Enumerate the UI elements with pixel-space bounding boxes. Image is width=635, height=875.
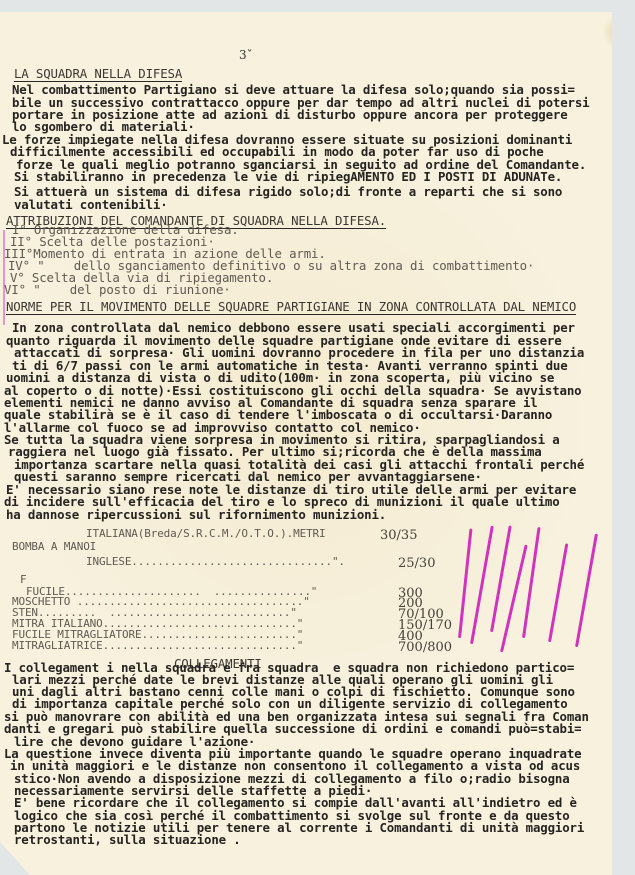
page-number: 3ˇ	[239, 48, 253, 62]
range-row-label: MITRAGLIATRICE..........................…	[12, 640, 303, 652]
movement-line: ha dannose ripercussioni sul riforniment…	[6, 509, 386, 521]
range-row-label: ITALIANA(Breda/S.R.C.M./O.T.O.).METRI	[86, 528, 326, 540]
range-value: 30/35	[380, 528, 417, 543]
links-line: retrostanti, sulla situazione .	[14, 834, 241, 846]
range-row-label: BOMBA A MANOI	[12, 541, 96, 553]
document-title: LA SQUADRA NELLA DIFESA	[14, 68, 182, 82]
defense-line: Si stabiliranno in precedenza le vie di …	[14, 171, 562, 183]
tally-mark	[458, 528, 472, 638]
movement-heading: NORME PER IL MOVIMENTO DELLE SQUADRE PAR…	[6, 301, 576, 315]
tally-mark	[575, 533, 598, 647]
range-row-label: INGLESE...............................".	[86, 556, 345, 568]
range-value: 25/30	[398, 556, 435, 571]
tally-mark	[548, 543, 568, 642]
defense-line: valutati contenibili·	[14, 199, 168, 211]
margin-bracket	[3, 230, 5, 325]
range-value: 700/800	[398, 640, 452, 655]
document-page: 3ˇ LA SQUADRA NELLA DIFESA Nel combattim…	[0, 12, 612, 875]
duty-item: VI° " del posto di riunione·	[4, 284, 231, 296]
